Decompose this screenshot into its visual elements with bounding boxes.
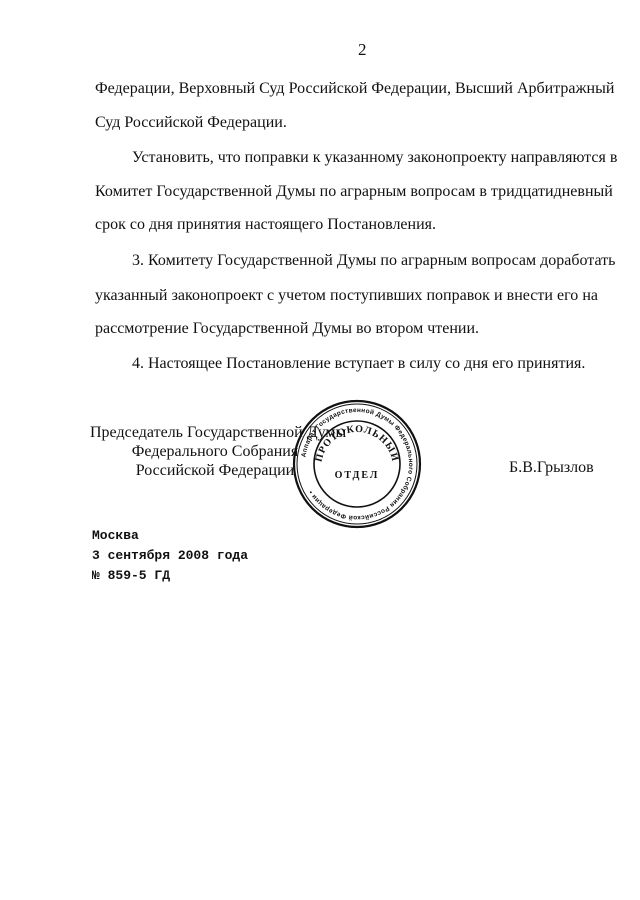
svg-text:ОТДЕЛ: ОТДЕЛ	[335, 470, 380, 481]
paragraph-line: Федерации, Верховный Суд Российской Феде…	[95, 79, 598, 99]
paragraph-line: срок со дня принятия настоящего Постанов…	[95, 215, 598, 235]
document-footer: Москва 3 сентября 2008 года № 859-5 ГД	[92, 526, 248, 586]
paragraph-line: 3. Комитету Государственной Думы по агра…	[132, 251, 598, 271]
paragraph-line: Суд Российской Федерации.	[95, 113, 598, 133]
footer-date: 3 сентября 2008 года	[92, 546, 248, 566]
footer-city: Москва	[92, 526, 248, 546]
paragraph-line: рассмотрение Государственной Думы во вто…	[95, 319, 598, 339]
official-stamp: Аппарат Государственной Думы Федеральног…	[291, 398, 423, 530]
svg-text:ПРОТОКОЛЬНЫЙ: ПРОТОКОЛЬНЫЙ	[313, 424, 401, 463]
paragraph-line: указанный законопроект с учетом поступив…	[95, 286, 598, 306]
paragraph-line: Комитет Государственной Думы по аграрным…	[95, 182, 598, 202]
paragraph-line: 4. Настоящее Постановление вступает в си…	[132, 354, 598, 374]
signatory-name: Б.В.Грызлов	[509, 459, 594, 477]
paragraph-line: Установить, что поправки к указанному за…	[132, 148, 598, 168]
stamp-seal-icon: Аппарат Государственной Думы Федеральног…	[291, 398, 423, 530]
page-number: 2	[358, 40, 367, 60]
footer-number: № 859-5 ГД	[92, 566, 248, 586]
